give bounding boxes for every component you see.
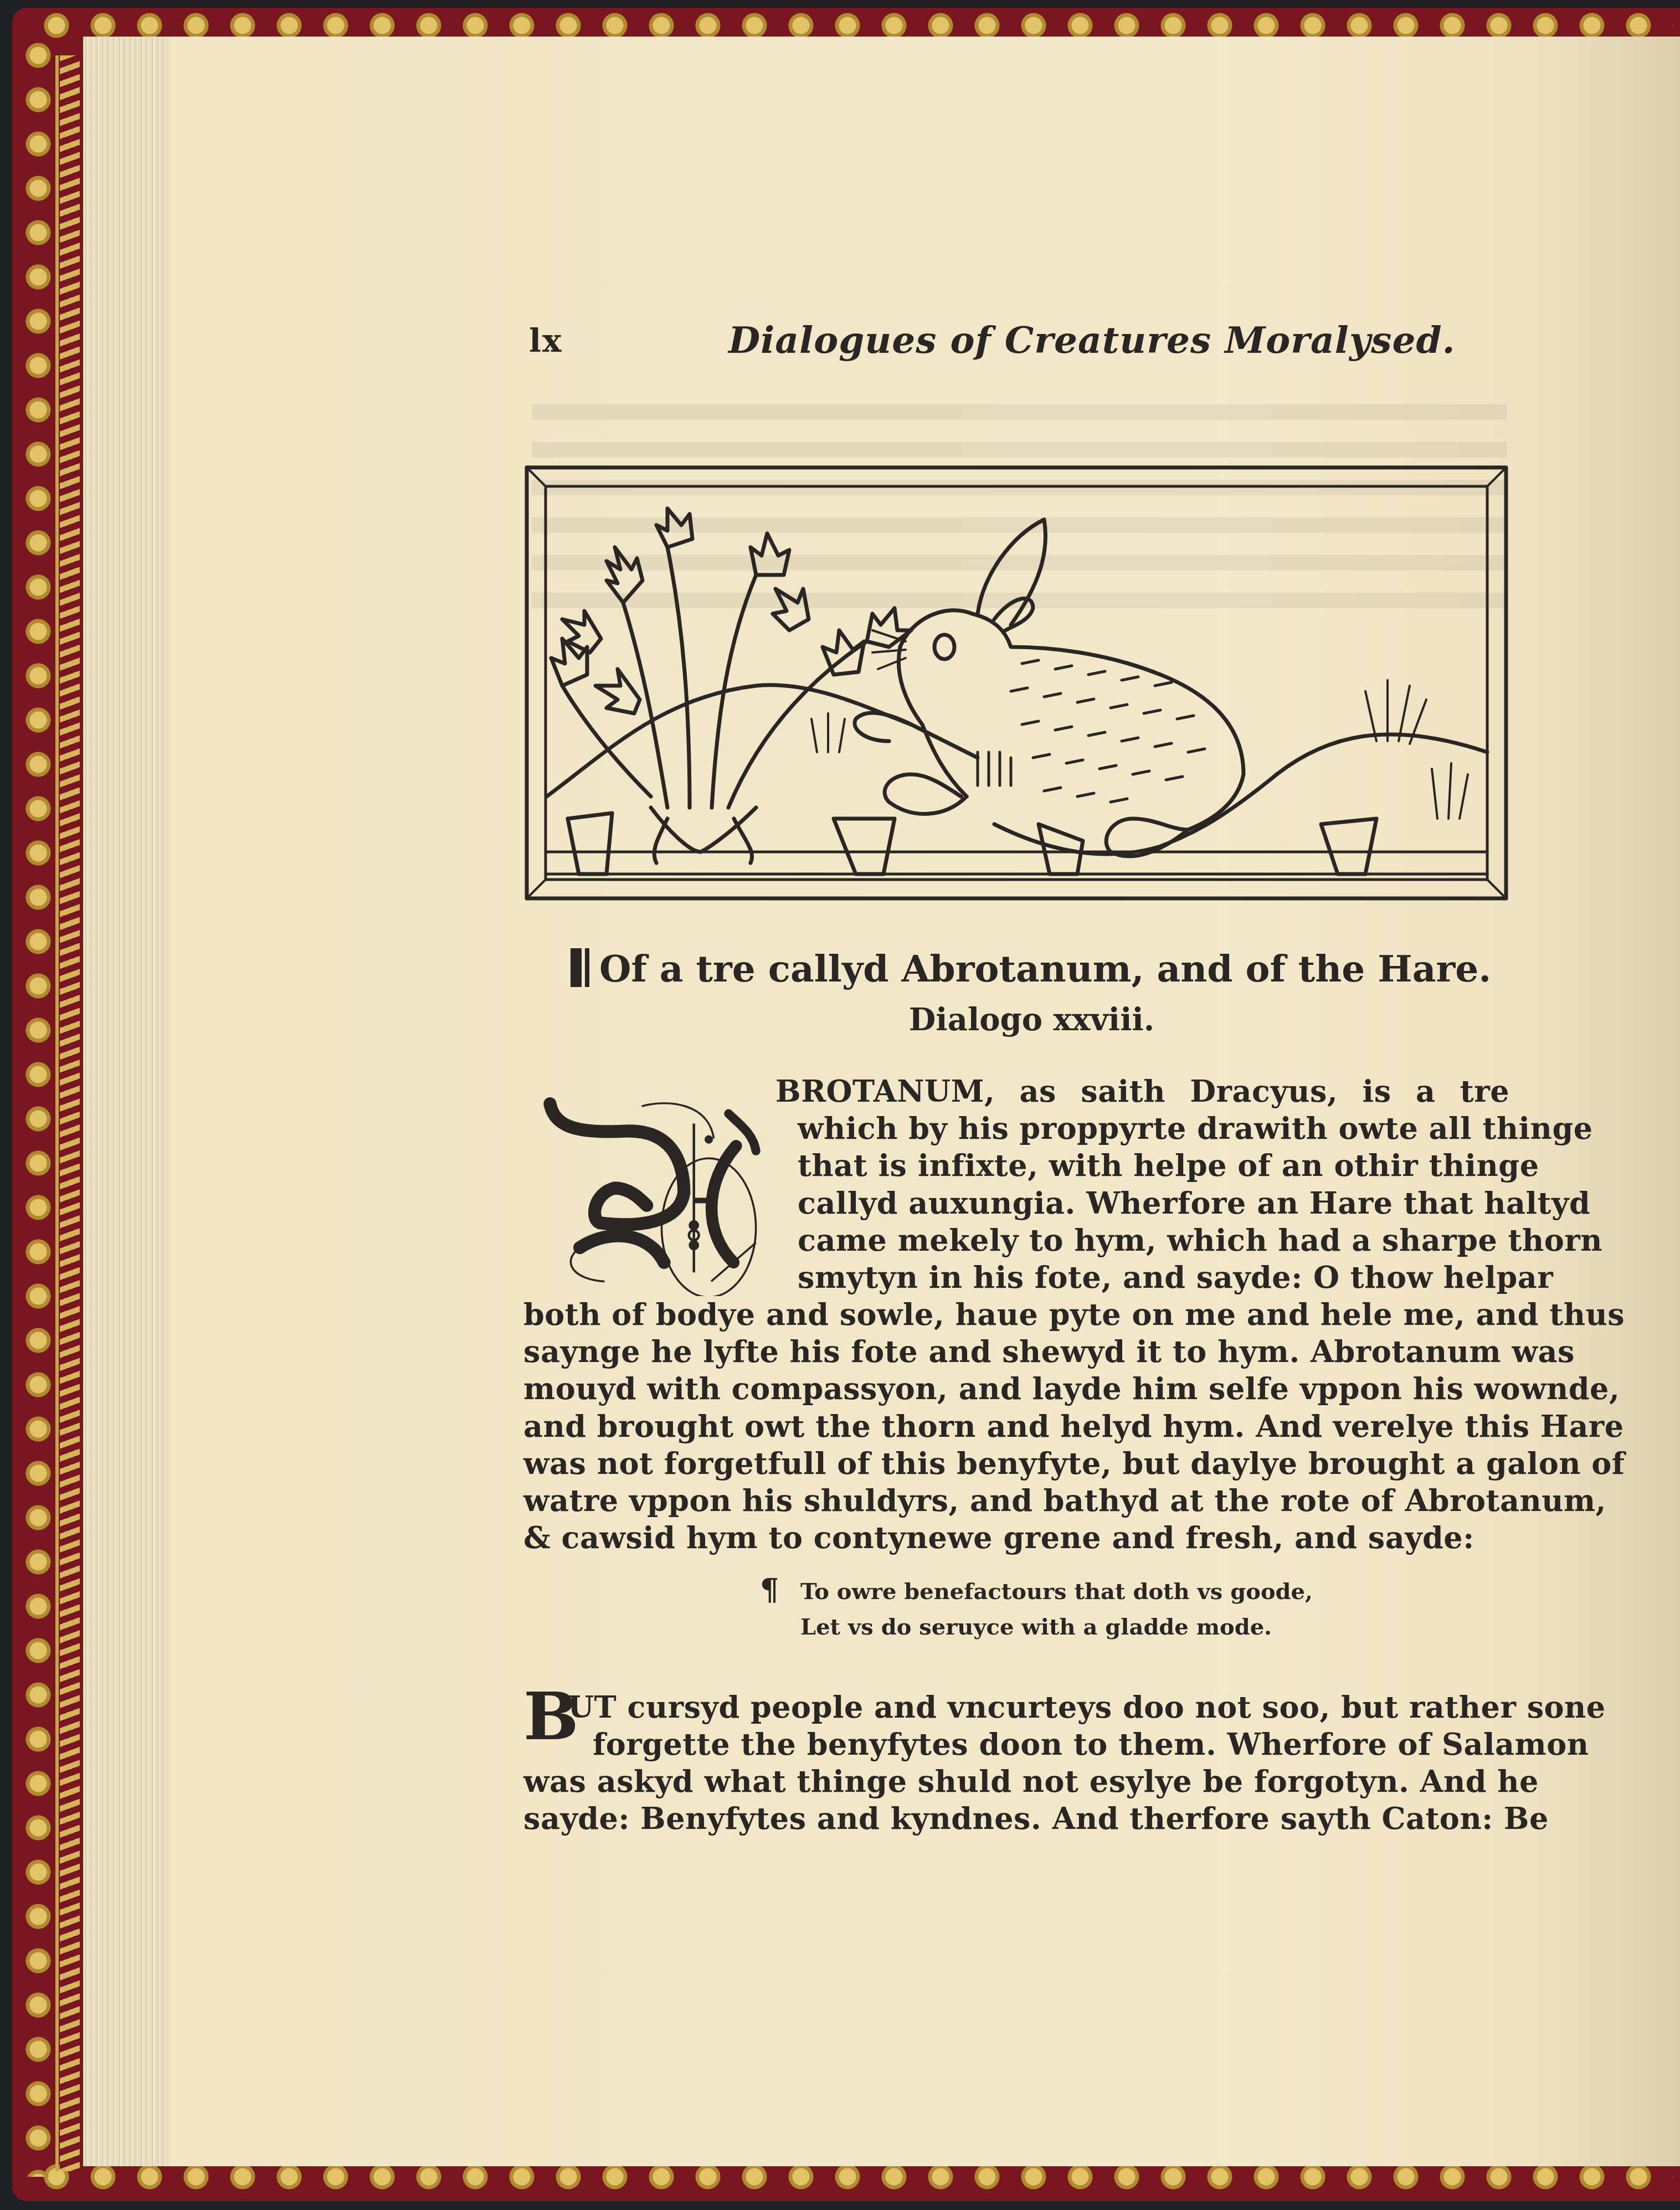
body-line: came mekely to hym, which had a sharpe t… xyxy=(798,1222,1509,1258)
gilt-border-left xyxy=(21,33,55,2177)
gilt-rule xyxy=(55,55,59,2171)
running-head: lx Dialogues of Creatures Moralysed. xyxy=(529,318,1509,368)
body-line: saynge he lyfte his fote and shewyd it t… xyxy=(523,1334,1509,1369)
body-line: was askyd what thinge shuld not esylye b… xyxy=(523,1764,1509,1799)
body-line: watre vppon his shuldyrs, and bathyd at … xyxy=(523,1483,1509,1518)
chapter-title: Of a tre callyd Abrotanum, and of the Ha… xyxy=(571,947,1512,990)
body-line: was not forgetfull of this benyfyte, but… xyxy=(523,1446,1509,1481)
body-line: sayde: Benyfytes and kyndnes. And therfo… xyxy=(523,1801,1509,1836)
body-line: both of bodye and sowle, haue pyte on me… xyxy=(523,1297,1509,1332)
body-line: & cawsid hym to contynewe grene and fres… xyxy=(523,1520,1475,1555)
chapter-number: Dialogo xxviii. xyxy=(554,1001,1509,1038)
decorated-initial-a-icon xyxy=(540,1080,778,1296)
gilt-zigzag xyxy=(60,55,80,2171)
verse-mark-icon: ¶ xyxy=(760,1572,779,1607)
body-line: callyd auxungia. Wherfore an Hare that h… xyxy=(798,1185,1509,1221)
page-edges xyxy=(83,37,169,2166)
body-line: forgette the benyfytes doon to them. Whe… xyxy=(593,1726,1509,1762)
body-line: mouyd with compassyon, and layde him sel… xyxy=(523,1371,1509,1406)
page-number: lx xyxy=(529,322,563,359)
body-line: UT cursyd people and vncurteys doo not s… xyxy=(568,1689,1509,1725)
body-line: which by his proppyrte drawith owte all … xyxy=(798,1111,1509,1146)
paragraph-mark-icon xyxy=(571,948,585,987)
body-line: that is infixte, with helpe of an othir … xyxy=(798,1148,1509,1183)
body-line: smytyn in his fote, and sayde: O thow he… xyxy=(798,1260,1509,1295)
hare-woodcut-illustration xyxy=(523,464,1509,902)
body-line: BROTANUM, as saith Dracyus, is a tre xyxy=(775,1073,1509,1109)
verse-line: Let vs do seruyce with a gladde mode. xyxy=(800,1614,1272,1640)
verse-line: To owre benefactours that doth vs goode, xyxy=(800,1579,1313,1605)
chapter-title-text: Of a tre callyd Abrotanum, and of the Ha… xyxy=(599,947,1491,990)
gilt-border-top xyxy=(33,11,1673,40)
body-line: and brought owt the thorn and helyd hym.… xyxy=(523,1409,1509,1444)
running-title: Dialogues of Creatures Moralysed. xyxy=(728,318,1456,362)
